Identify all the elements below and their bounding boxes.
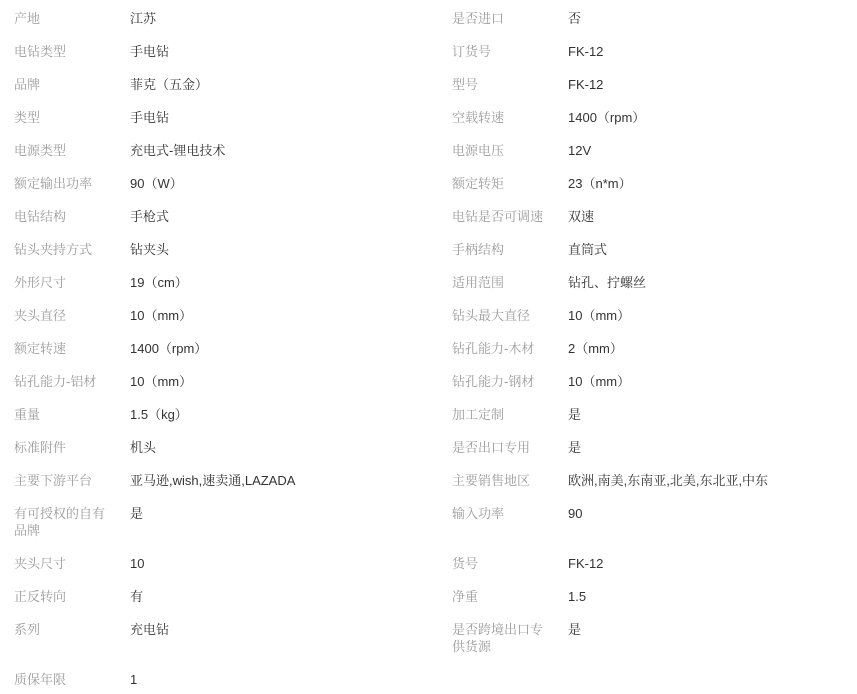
spec-value-left: 是 bbox=[130, 497, 432, 530]
spec-row: 有可授权的自有品牌 是 输入功率 90 bbox=[0, 497, 857, 547]
spec-value-right: 是 bbox=[568, 613, 857, 646]
spec-label-right: 是否进口 bbox=[452, 2, 548, 35]
spec-label-left: 电钻类型 bbox=[14, 35, 110, 68]
spec-label-left: 有可授权的自有品牌 bbox=[14, 497, 110, 547]
spec-value-left: 1400（rpm） bbox=[130, 332, 432, 365]
spec-label-left: 品牌 bbox=[14, 68, 110, 101]
spec-value-left: 19（cm） bbox=[130, 266, 432, 299]
product-spec-table: 产地 江苏 是否进口 否 电钻类型 手电钻 订货号 FK-12 品牌 菲克（五金… bbox=[0, 0, 857, 694]
spec-label-right: 电钻是否可调速 bbox=[452, 200, 548, 233]
spec-row: 钻孔能力-铝材 10（mm） 钻孔能力-钢材 10（mm） bbox=[0, 365, 857, 398]
spec-label-left: 电源类型 bbox=[14, 134, 110, 167]
spec-label-left: 正反转向 bbox=[14, 580, 110, 613]
spec-value-right: 10（mm） bbox=[568, 299, 857, 332]
spec-value-left: 亚马逊,wish,速卖通,LAZADA bbox=[130, 464, 432, 497]
spec-row: 正反转向 有 净重 1.5 bbox=[0, 580, 857, 613]
spec-value-right: 是 bbox=[568, 398, 857, 431]
spec-value-left: 钻夹头 bbox=[130, 233, 432, 266]
spec-value-right: 90 bbox=[568, 497, 857, 530]
spec-label-left: 主要下游平台 bbox=[14, 464, 110, 497]
spec-row: 主要下游平台 亚马逊,wish,速卖通,LAZADA 主要销售地区 欧洲,南美,… bbox=[0, 464, 857, 497]
spec-label-right: 订货号 bbox=[452, 35, 548, 68]
spec-label-left: 电钻结构 bbox=[14, 200, 110, 233]
spec-value-right: FK-12 bbox=[568, 547, 857, 580]
spec-value-left: 手枪式 bbox=[130, 200, 432, 233]
spec-value-left: 手电钻 bbox=[130, 101, 432, 134]
spec-value-left: 江苏 bbox=[130, 2, 432, 35]
spec-value-right: 1400（rpm） bbox=[568, 101, 857, 134]
spec-label-right: 空载转速 bbox=[452, 101, 548, 134]
spec-row: 品牌 菲克（五金） 型号 FK-12 bbox=[0, 68, 857, 101]
spec-value-left: 充电钻 bbox=[130, 613, 432, 646]
spec-value-left: 1.5（kg） bbox=[130, 398, 432, 431]
spec-value-left: 机头 bbox=[130, 431, 432, 464]
spec-value-right: 双速 bbox=[568, 200, 857, 233]
spec-row: 外形尺寸 19（cm） 适用范围 钻孔、拧螺丝 bbox=[0, 266, 857, 299]
spec-label-right: 手柄结构 bbox=[452, 233, 548, 266]
spec-label-right bbox=[452, 663, 548, 679]
spec-label-right: 货号 bbox=[452, 547, 548, 580]
spec-label-left: 钻孔能力-铝材 bbox=[14, 365, 110, 398]
spec-value-left: 10（mm） bbox=[130, 365, 432, 398]
spec-value-right: 是 bbox=[568, 431, 857, 464]
spec-row: 电源类型 充电式-锂电技术 电源电压 12V bbox=[0, 134, 857, 167]
spec-label-right: 输入功率 bbox=[452, 497, 548, 530]
spec-label-right: 主要销售地区 bbox=[452, 464, 548, 497]
spec-value-right: 钻孔、拧螺丝 bbox=[568, 266, 857, 299]
spec-value-left: 10（mm） bbox=[130, 299, 432, 332]
spec-row: 类型 手电钻 空载转速 1400（rpm） bbox=[0, 101, 857, 134]
spec-row: 钻头夹持方式 钻夹头 手柄结构 直筒式 bbox=[0, 233, 857, 266]
spec-label-right: 净重 bbox=[452, 580, 548, 613]
spec-label-left: 夹头直径 bbox=[14, 299, 110, 332]
spec-value-right: FK-12 bbox=[568, 68, 857, 101]
spec-value-right bbox=[568, 663, 857, 679]
spec-value-right: 直筒式 bbox=[568, 233, 857, 266]
spec-row: 电钻结构 手枪式 电钻是否可调速 双速 bbox=[0, 200, 857, 233]
spec-value-left: 有 bbox=[130, 580, 432, 613]
spec-value-left: 1 bbox=[130, 663, 432, 694]
spec-row: 夹头直径 10（mm） 钻头最大直径 10（mm） bbox=[0, 299, 857, 332]
spec-label-left: 钻头夹持方式 bbox=[14, 233, 110, 266]
spec-label-right: 是否跨境出口专供货源 bbox=[452, 613, 548, 663]
spec-label-left: 额定转速 bbox=[14, 332, 110, 365]
spec-value-right: FK-12 bbox=[568, 35, 857, 68]
spec-value-right: 23（n*m） bbox=[568, 167, 857, 200]
spec-label-right: 额定转矩 bbox=[452, 167, 548, 200]
spec-value-left: 90（W） bbox=[130, 167, 432, 200]
spec-label-right: 钻头最大直径 bbox=[452, 299, 548, 332]
spec-label-left: 质保年限 bbox=[14, 663, 110, 694]
spec-row: 重量 1.5（kg） 加工定制 是 bbox=[0, 398, 857, 431]
spec-label-left: 额定输出功率 bbox=[14, 167, 110, 200]
spec-value-right: 1.5 bbox=[568, 580, 857, 613]
spec-label-left: 标准附件 bbox=[14, 431, 110, 464]
spec-value-left: 手电钻 bbox=[130, 35, 432, 68]
spec-row: 质保年限 1 bbox=[0, 663, 857, 694]
spec-value-right: 欧洲,南美,东南亚,北美,东北亚,中东 bbox=[568, 464, 857, 497]
spec-value-left: 充电式-锂电技术 bbox=[130, 134, 432, 167]
spec-row: 产地 江苏 是否进口 否 bbox=[0, 2, 857, 35]
spec-row: 夹头尺寸 10 货号 FK-12 bbox=[0, 547, 857, 580]
spec-value-right: 10（mm） bbox=[568, 365, 857, 398]
spec-label-left: 外形尺寸 bbox=[14, 266, 110, 299]
spec-row: 额定转速 1400（rpm） 钻孔能力-木材 2（mm） bbox=[0, 332, 857, 365]
spec-row: 电钻类型 手电钻 订货号 FK-12 bbox=[0, 35, 857, 68]
spec-value-right: 2（mm） bbox=[568, 332, 857, 365]
spec-label-right: 适用范围 bbox=[452, 266, 548, 299]
spec-row: 系列 充电钻 是否跨境出口专供货源 是 bbox=[0, 613, 857, 663]
spec-row: 额定输出功率 90（W） 额定转矩 23（n*m） bbox=[0, 167, 857, 200]
spec-label-right: 是否出口专用 bbox=[452, 431, 548, 464]
spec-value-right: 否 bbox=[568, 2, 857, 35]
spec-label-right: 型号 bbox=[452, 68, 548, 101]
spec-label-right: 钻孔能力-木材 bbox=[452, 332, 548, 365]
spec-label-left: 产地 bbox=[14, 2, 110, 35]
spec-row: 标准附件 机头 是否出口专用 是 bbox=[0, 431, 857, 464]
spec-label-left: 重量 bbox=[14, 398, 110, 431]
spec-label-right: 钻孔能力-钢材 bbox=[452, 365, 548, 398]
spec-label-left: 类型 bbox=[14, 101, 110, 134]
spec-label-right: 电源电压 bbox=[452, 134, 548, 167]
spec-label-right: 加工定制 bbox=[452, 398, 548, 431]
spec-value-right: 12V bbox=[568, 134, 857, 167]
spec-value-left: 10 bbox=[130, 547, 432, 580]
spec-value-left: 菲克（五金） bbox=[130, 68, 432, 101]
spec-label-left: 夹头尺寸 bbox=[14, 547, 110, 580]
spec-label-left: 系列 bbox=[14, 613, 110, 646]
